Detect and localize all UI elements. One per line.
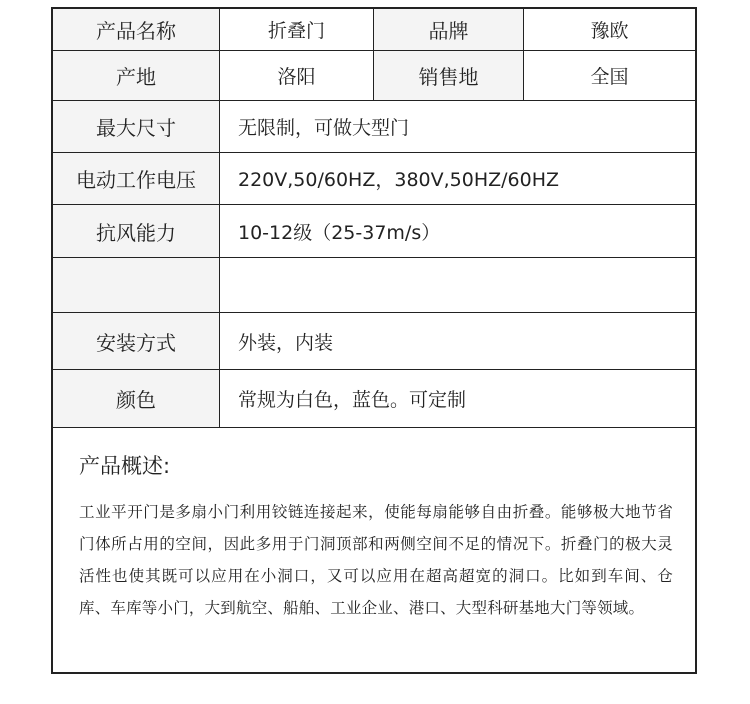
- description-body: 工业平开门是多扇小门利用铰链连接起来，使能每扇能够自由折叠。能够极大地节省门体所…: [79, 496, 673, 624]
- spec-row-origin-market: 产地 洛阳 销售地 全国: [53, 51, 695, 101]
- label-sales-region: 销售地: [374, 51, 524, 100]
- value-product-name: 折叠门: [220, 9, 374, 50]
- spec-row-max-size: 最大尺寸 无限制，可做大型门: [53, 101, 695, 153]
- label-max-size: 最大尺寸: [53, 101, 220, 152]
- label-empty: [53, 258, 220, 312]
- value-color: 常规为白色，蓝色。可定制: [220, 370, 695, 427]
- value-sales-region: 全国: [524, 51, 695, 100]
- value-brand: 豫欧: [524, 9, 695, 50]
- label-origin: 产地: [53, 51, 220, 100]
- label-voltage: 电动工作电压: [53, 153, 220, 204]
- product-description: 产品概述: 工业平开门是多扇小门利用铰链连接起来，使能每扇能够自由折叠。能够极大…: [53, 426, 695, 672]
- value-wind-resistance: 10-12级（25-37m/s）: [220, 205, 695, 257]
- label-brand: 品牌: [374, 9, 524, 50]
- value-origin: 洛阳: [220, 51, 374, 100]
- spec-row-voltage: 电动工作电压 220V,50/60HZ，380V,50HZ/60HZ: [53, 153, 695, 205]
- label-installation: 安装方式: [53, 313, 220, 369]
- label-color: 颜色: [53, 370, 220, 427]
- value-installation: 外装，内装: [220, 313, 695, 369]
- spec-row-wind-resistance: 抗风能力 10-12级（25-37m/s）: [53, 205, 695, 258]
- spec-row-name-brand: 产品名称 折叠门 品牌 豫欧: [53, 9, 695, 51]
- spec-row-color: 颜色 常规为白色，蓝色。可定制: [53, 370, 695, 428]
- label-wind-resistance: 抗风能力: [53, 205, 220, 257]
- spec-row-installation: 安装方式 外装，内装: [53, 313, 695, 370]
- description-title: 产品概述:: [79, 450, 673, 480]
- value-max-size: 无限制，可做大型门: [220, 101, 695, 152]
- product-spec-sheet: 产品名称 折叠门 品牌 豫欧 产地 洛阳 销售地 全国 最大尺寸 无限制，可做大…: [51, 7, 697, 674]
- value-empty: [220, 258, 695, 312]
- spec-row-empty: [53, 258, 695, 313]
- label-product-name: 产品名称: [53, 9, 220, 50]
- value-voltage: 220V,50/60HZ，380V,50HZ/60HZ: [220, 153, 695, 204]
